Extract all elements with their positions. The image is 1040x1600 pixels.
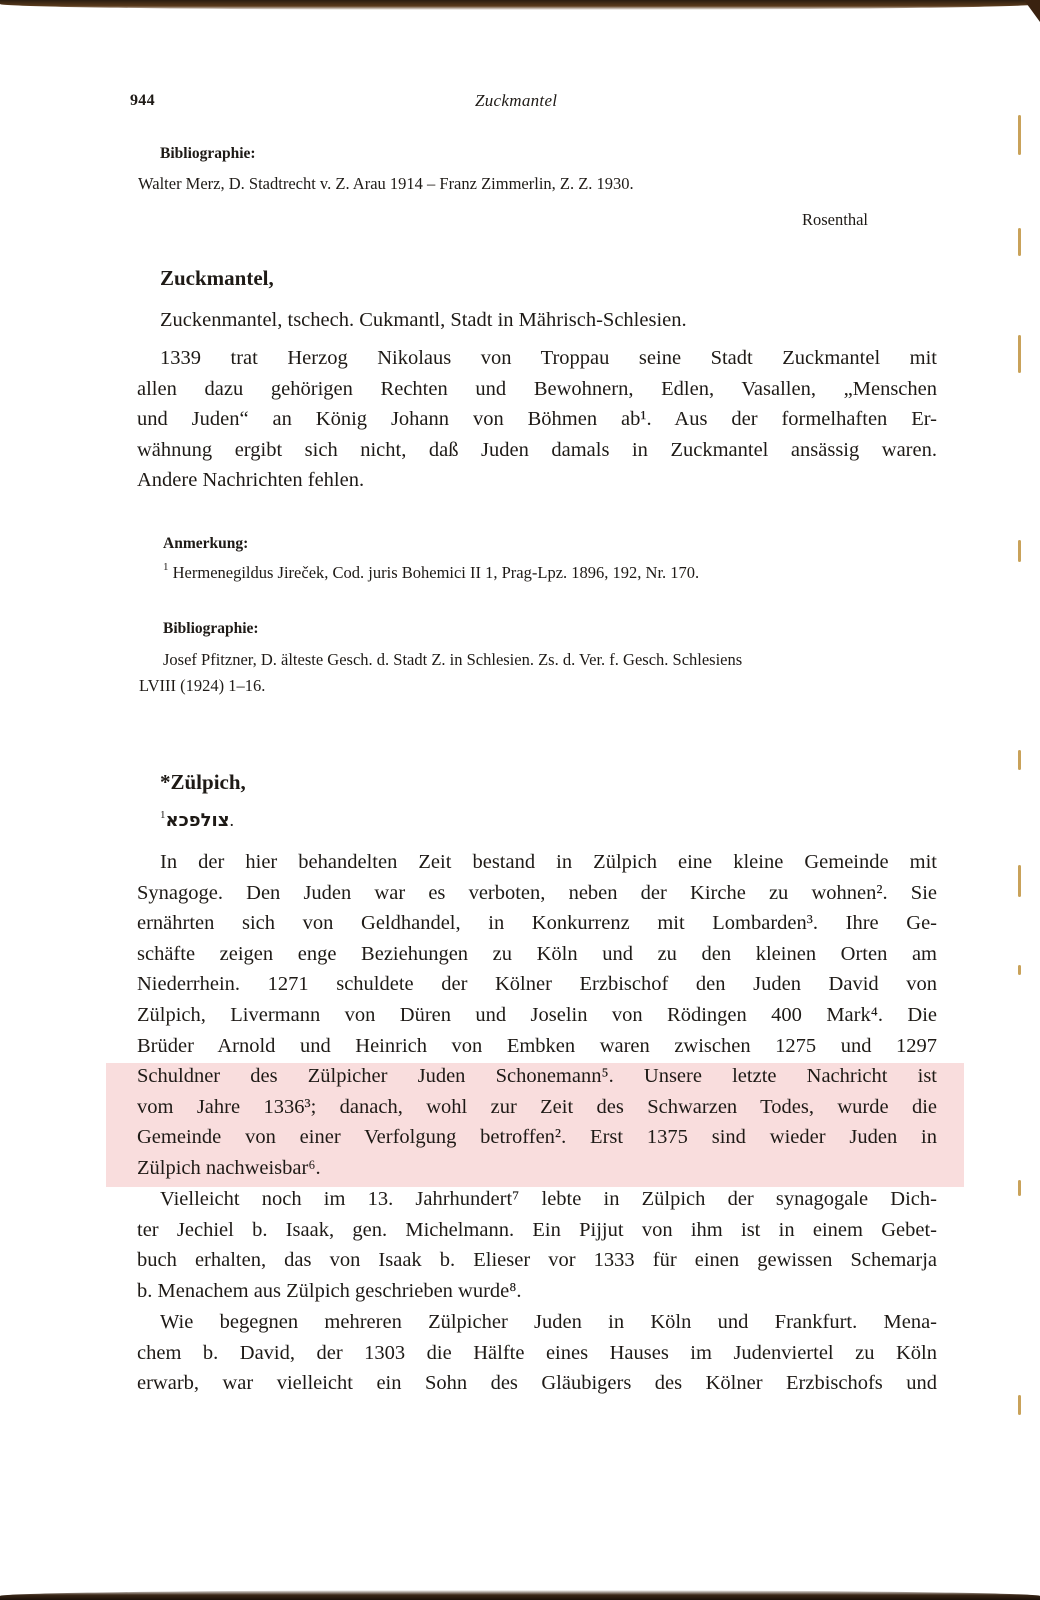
text-line: allen dazu gehörigen Rechten und Bewohne… — [137, 374, 937, 405]
bibliography-text: Josef Pfitzner, D. älteste Gesch. d. Sta… — [163, 650, 742, 670]
text-line: In der hier behandelten Zeit bestand in … — [137, 847, 937, 878]
text-line: und Juden“ an König Johann von Böhmen ab… — [137, 404, 937, 435]
text-line: Niederrhein. 1271 schuldete der Kölner E… — [137, 969, 937, 1000]
bibliography-heading: Bibliographie: — [160, 145, 256, 163]
highlighted-line: vom Jahre 1336³; danach, wohl zur Zeit d… — [137, 1092, 937, 1123]
text-line: wähnung ergibt sich nicht, daß Juden dam… — [137, 435, 937, 466]
text-line: Synagoge. Den Juden war es verboten, neb… — [137, 878, 937, 909]
book-page: 944 Zuckmantel Bibliographie: Walter Mer… — [0, 0, 1040, 1600]
highlighted-line: Gemeinde von einer Verfolgung betroffen²… — [137, 1122, 937, 1153]
footnote-1: 1 Hermenegildus Jireček, Cod. juris Bohe… — [163, 563, 699, 583]
text-line: chem b. David, der 1303 die Hälfte eines… — [137, 1338, 937, 1369]
text-line: buch erhalten, das von Isaak b. Elieser … — [137, 1245, 937, 1276]
text-line: Zülpich, Livermann von Düren und Joselin… — [137, 1000, 937, 1031]
text-line: 1339 trat Herzog Nikolaus von Troppau se… — [137, 343, 937, 374]
author-signature: Rosenthal — [802, 210, 868, 230]
note-heading: Anmerkung: — [163, 535, 248, 553]
text-line: b. Menachem aus Zülpich geschrieben wurd… — [137, 1276, 937, 1307]
footnote-text: Hermenegildus Jireček, Cod. juris Bohemi… — [173, 563, 700, 582]
zuelpich-paragraph-1: In der hier behandelten Zeit bestand in … — [137, 847, 937, 1184]
text-line: schäfte zeigen enge Beziehungen zu Köln … — [137, 939, 937, 970]
highlighted-line: Schuldner des Zülpicher Juden Schonemann… — [137, 1061, 937, 1092]
entry-title-zuelpich: *Zülpich, — [160, 770, 246, 795]
text-line: ernährten sich von Geldhandel, in Konkur… — [137, 908, 937, 939]
entry-title-zuckmantel: Zuckmantel, — [160, 266, 274, 291]
text-line: Vielleicht noch im 13. Jahrhundert⁷ lebt… — [137, 1184, 937, 1215]
page-number: 944 — [130, 92, 155, 110]
bibliography-text: LVIII (1924) 1–16. — [139, 676, 265, 696]
running-title: Zuckmantel — [475, 91, 557, 111]
hebrew-text: צולפכא — [166, 810, 230, 831]
highlighted-line: Zülpich nachweisbar⁶. — [137, 1153, 937, 1184]
text-line: Wie begegnen mehreren Zülpicher Juden in… — [137, 1307, 937, 1338]
footnote-number: 1 — [163, 561, 169, 573]
zuelpich-paragraph-3: Wie begegnen mehreren Zülpicher Juden in… — [137, 1307, 937, 1399]
text-line: ter Jechiel b. Isaak, gen. Michelmann. E… — [137, 1215, 937, 1246]
zuelpich-paragraph-2: Vielleicht noch im 13. Jahrhundert⁷ lebt… — [137, 1184, 937, 1306]
bibliography-text: Walter Merz, D. Stadtrecht v. Z. Arau 19… — [138, 174, 634, 194]
text-line: Andere Nachrichten fehlen. — [137, 465, 937, 496]
entry-subtitle: Zuckenmantel, tschech. Cukmantl, Stadt i… — [160, 305, 687, 336]
bibliography-heading: Bibliographie: — [163, 620, 259, 638]
text-line: Brüder Arnold und Heinrich von Embken wa… — [137, 1031, 937, 1062]
text-line: erwarb, war vielleicht ein Sohn des Gläu… — [137, 1368, 937, 1399]
zuckmantel-paragraph: 1339 trat Herzog Nikolaus von Troppau se… — [137, 343, 937, 496]
hebrew-name: צולפכא1. — [160, 810, 234, 831]
